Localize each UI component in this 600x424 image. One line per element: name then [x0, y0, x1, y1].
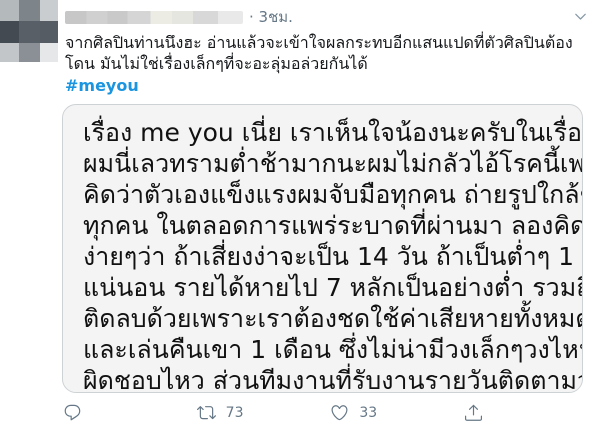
tweet-header: · 3ชม.	[65, 7, 594, 27]
image-text-line: คิดว่าตัวเองแข็งแรงผมจับมือทุกคน ถ่ายรูป…	[83, 179, 562, 210]
image-text-line: เรื่อง me you เนี่ย เราเห็นใจน้องนะครับใ…	[83, 117, 562, 148]
avatar-mosaic-cell	[40, 21, 58, 43]
tweet-image[interactable]: เรื่อง me you เนี่ย เราเห็นใจน้องนะครับใ…	[62, 104, 583, 393]
avatar-mosaic-cell	[19, 21, 40, 43]
image-text-line: ติดลบด้วยเพราะเราต้องชดใช้ค่าเสียหายทั้ง…	[83, 303, 562, 334]
chevron-down-icon[interactable]	[573, 9, 588, 28]
reply-button[interactable]	[63, 403, 110, 422]
username-redacted[interactable]	[65, 11, 243, 24]
share-button[interactable]	[464, 403, 511, 422]
image-text-line: แน่นอน รายได้หายไป 7 หลักเป็นอย่างต่ำ รว…	[83, 272, 562, 303]
tweet-text: จากศิลปินท่านนึงฮะ อ่านแล้วจะเข้าใจผลกระ…	[65, 32, 598, 74]
avatar[interactable]	[0, 0, 58, 62]
image-text-line: ง่ายๆว่า ถ้าเสี่ยงง่าจะเป็น 14 วัน ถ้าเป…	[83, 241, 562, 272]
retweet-icon	[197, 403, 216, 422]
avatar-mosaic-cell	[19, 43, 40, 62]
retweet-count: 73	[226, 405, 244, 421]
share-icon	[464, 403, 483, 422]
avatar-mosaic-cell	[40, 0, 58, 21]
like-button[interactable]: 33	[330, 403, 377, 422]
image-text-line: ผิดชอบไหว ส่วนทีมงานที่รับงานรายวันติดตา…	[83, 365, 562, 393]
retweet-button[interactable]: 73	[197, 403, 244, 422]
avatar-mosaic-cell	[0, 21, 19, 43]
avatar-mosaic-cell	[40, 43, 58, 62]
tweet-article: · 3ชม. จากศิลปินท่านนึงฮะ อ่านแล้วจะเข้า…	[0, 0, 600, 424]
avatar-mosaic-cell	[0, 0, 19, 21]
like-icon	[330, 403, 349, 422]
avatar-mosaic-cell	[19, 0, 40, 21]
action-bar: 73 33	[63, 403, 511, 422]
timestamp[interactable]: · 3ชม.	[249, 5, 293, 29]
image-text-line: ผมนี่เลวทรามต่ำช้ามากนะผมไม่กลัวไอ้โรคนี…	[83, 148, 562, 179]
image-text-line: และเล่นคืนเขา 1 เดือน ซึ่งไม่น่ามีวงเล็ก…	[83, 334, 562, 365]
hashtag-link[interactable]: #meyou	[65, 75, 139, 96]
reply-icon	[63, 403, 82, 422]
avatar-mosaic-cell	[0, 43, 19, 62]
image-text-line: ทุกคน ในตลอดการแพร่ระบาดที่ผ่านมา ลองคิด	[83, 210, 562, 241]
like-count: 33	[359, 405, 377, 421]
